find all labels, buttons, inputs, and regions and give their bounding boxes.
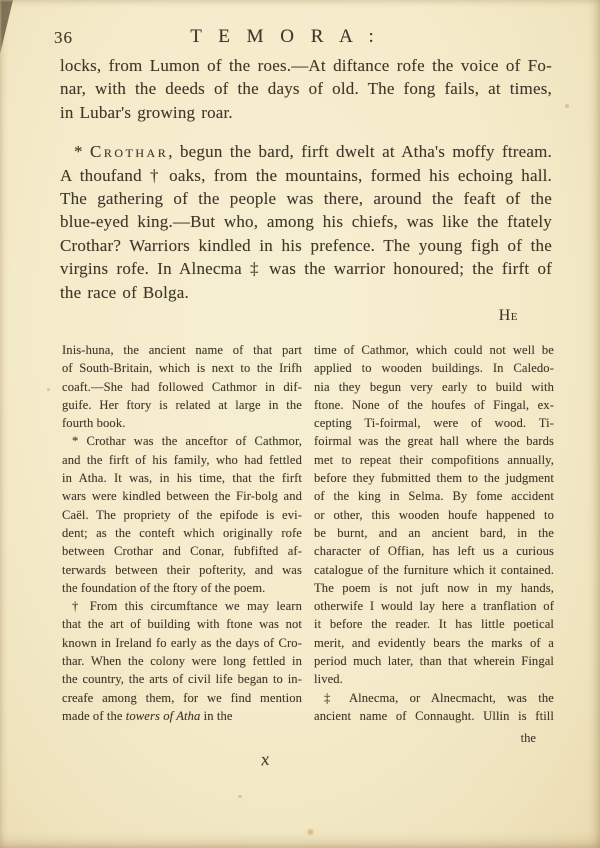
footnote-line: nia they begun very early to build with (314, 378, 554, 396)
book-page-scan: 36 T E M O R A : locks, from Lumon of th… (0, 0, 600, 848)
text-line: virgins rofe. In Alnecma ‡ was the warri… (60, 257, 552, 280)
text-line: blue-eyed king.—But who, among his chief… (60, 210, 552, 233)
footnote-line: † From this circumftance we may learn (62, 597, 302, 615)
footnote-line: and the firft of his family, who had fet… (62, 451, 302, 469)
footnote-line: before they fubmitted them to the judgme… (314, 469, 554, 487)
footnote-line: in Atha. It was, in his time, that the f… (62, 469, 302, 487)
footnote-line: creafe among them, for we find mention (62, 689, 302, 707)
footnote-column-right: time of Cathmor, which could not well be… (314, 341, 554, 747)
footnote-line: known in Ireland fo early as the days of… (62, 634, 302, 652)
footnote-line: or other, this wooden houfe happened to (314, 506, 554, 524)
footnote-line: the foundation of the ftory of the poem. (62, 579, 302, 597)
footnote-line: between Crothar and Conar, fubfifted af- (62, 542, 302, 560)
paper-speck (238, 795, 242, 798)
text-line: the race of Bolga. (60, 281, 552, 304)
footnote-line: ancient name of Connaught. Ullin is ftil… (314, 707, 554, 725)
running-title: T E M O R A : (0, 26, 570, 48)
footnote-line: be burnt, and an ancient bard, in the (314, 524, 554, 542)
footnote-line: cepting Ti-foirmal, were of wood. Ti- (314, 414, 554, 432)
signature-mark: x (260, 749, 270, 771)
text-line-lead: * Crothar, begun the bard, firft dwelt a… (60, 140, 552, 163)
paragraph-2-lines: A thoufand † oaks, from the mountains, f… (60, 164, 552, 304)
footnote-line: the country, the arts of civil life bega… (62, 670, 302, 688)
text-line: Crothar? Warriors kindled in his prefenc… (60, 234, 552, 257)
footnote-column-left: Inis-huna, the ancient name of that part… (62, 341, 302, 747)
footnote-line: wars were kindled between the Fir-bolg a… (62, 487, 302, 505)
footnote-line: made of the towers of Atha in the (62, 707, 302, 725)
catchword-main: He (60, 307, 552, 325)
footnote-line: otherwife I would lay here a tranflation… (314, 597, 554, 615)
footnote-line: of the king in Selma. By fome accident (314, 487, 554, 505)
catchword-bottom: the (314, 729, 554, 747)
footnotes-section: Inis-huna, the ancient name of that part… (62, 341, 554, 747)
main-text-block: locks, from Lumon of the roes.—At diftan… (60, 54, 552, 325)
footnote-line: met to repeat their compofitions annuall… (314, 451, 554, 469)
paragraph-2: * Crothar, begun the bard, firft dwelt a… (60, 140, 552, 304)
paragraph-1: locks, from Lumon of the roes.—At diftan… (60, 54, 552, 124)
footnote-line: ‡ Alnecma, or Alnecmacht, was the (314, 689, 554, 707)
footnote-line: Inis-huna, the ancient name of that part (62, 341, 302, 359)
footnote-marker-asterisk: * (74, 142, 90, 161)
footnote-line: foirmal was the great hall where the bar… (314, 432, 554, 450)
text-line: The gathering of the people was there, a… (60, 187, 552, 210)
footnote-line: terwards between their pofterity, and wa… (62, 561, 302, 579)
character-name-smallcaps: Crothar (90, 142, 168, 161)
footnote-line: period much later, than that wherein Fin… (314, 652, 554, 670)
footnote-line: ftone. None of the houfes of Fingal, ex- (314, 396, 554, 414)
footnote-line: time of Cathmor, which could not well be (314, 341, 554, 359)
footnote-line: applied to wooden buildings. In Caledo- (314, 359, 554, 377)
lead-line-rest: , begun the bard, firft dwelt at Atha's … (168, 142, 552, 161)
footnote-line: The poem is not juft now in my hands, (314, 579, 554, 597)
footnote-line: dent; as the conteft which originally ro… (62, 524, 302, 542)
text-line: locks, from Lumon of the roes.—At diftan… (60, 54, 552, 77)
text-line: nar, with the deeds of the days of old. … (60, 77, 552, 100)
footnote-line: fourth book. (62, 414, 302, 432)
paper-speck (47, 388, 50, 391)
footnote-line: catalogue of the furniture which it cont… (314, 561, 554, 579)
footnote-column-right-lines: time of Cathmor, which could not well be… (314, 341, 554, 725)
footnote-line: that the art of building with ftone was … (62, 615, 302, 633)
footnote-line: of South-Britain, which is next to the I… (62, 359, 302, 377)
paper-speck (565, 104, 569, 108)
text-line: in Lubar's growing roar. (60, 101, 552, 124)
paper-stain (306, 828, 315, 836)
footnote-line: * Crothar was the anceftor of Cathmor, (62, 432, 302, 450)
footnote-line: coaft.—She had followed Cathmor in dif- (62, 378, 302, 396)
footnote-line: lived. (314, 670, 554, 688)
footnote-line: character of Offian, has left us a curio… (314, 542, 554, 560)
footnote-line: guife. Her ftory is related at large in … (62, 396, 302, 414)
footnote-line: it before the reader. It has little poet… (314, 615, 554, 633)
footnote-line: Caël. The propriety of the epifode is ev… (62, 506, 302, 524)
text-line: A thoufand † oaks, from the mountains, f… (60, 164, 552, 187)
footnote-line: merit, and evidently bears the marks of … (314, 634, 554, 652)
footnote-line: thar. When the colony were long fettled … (62, 652, 302, 670)
